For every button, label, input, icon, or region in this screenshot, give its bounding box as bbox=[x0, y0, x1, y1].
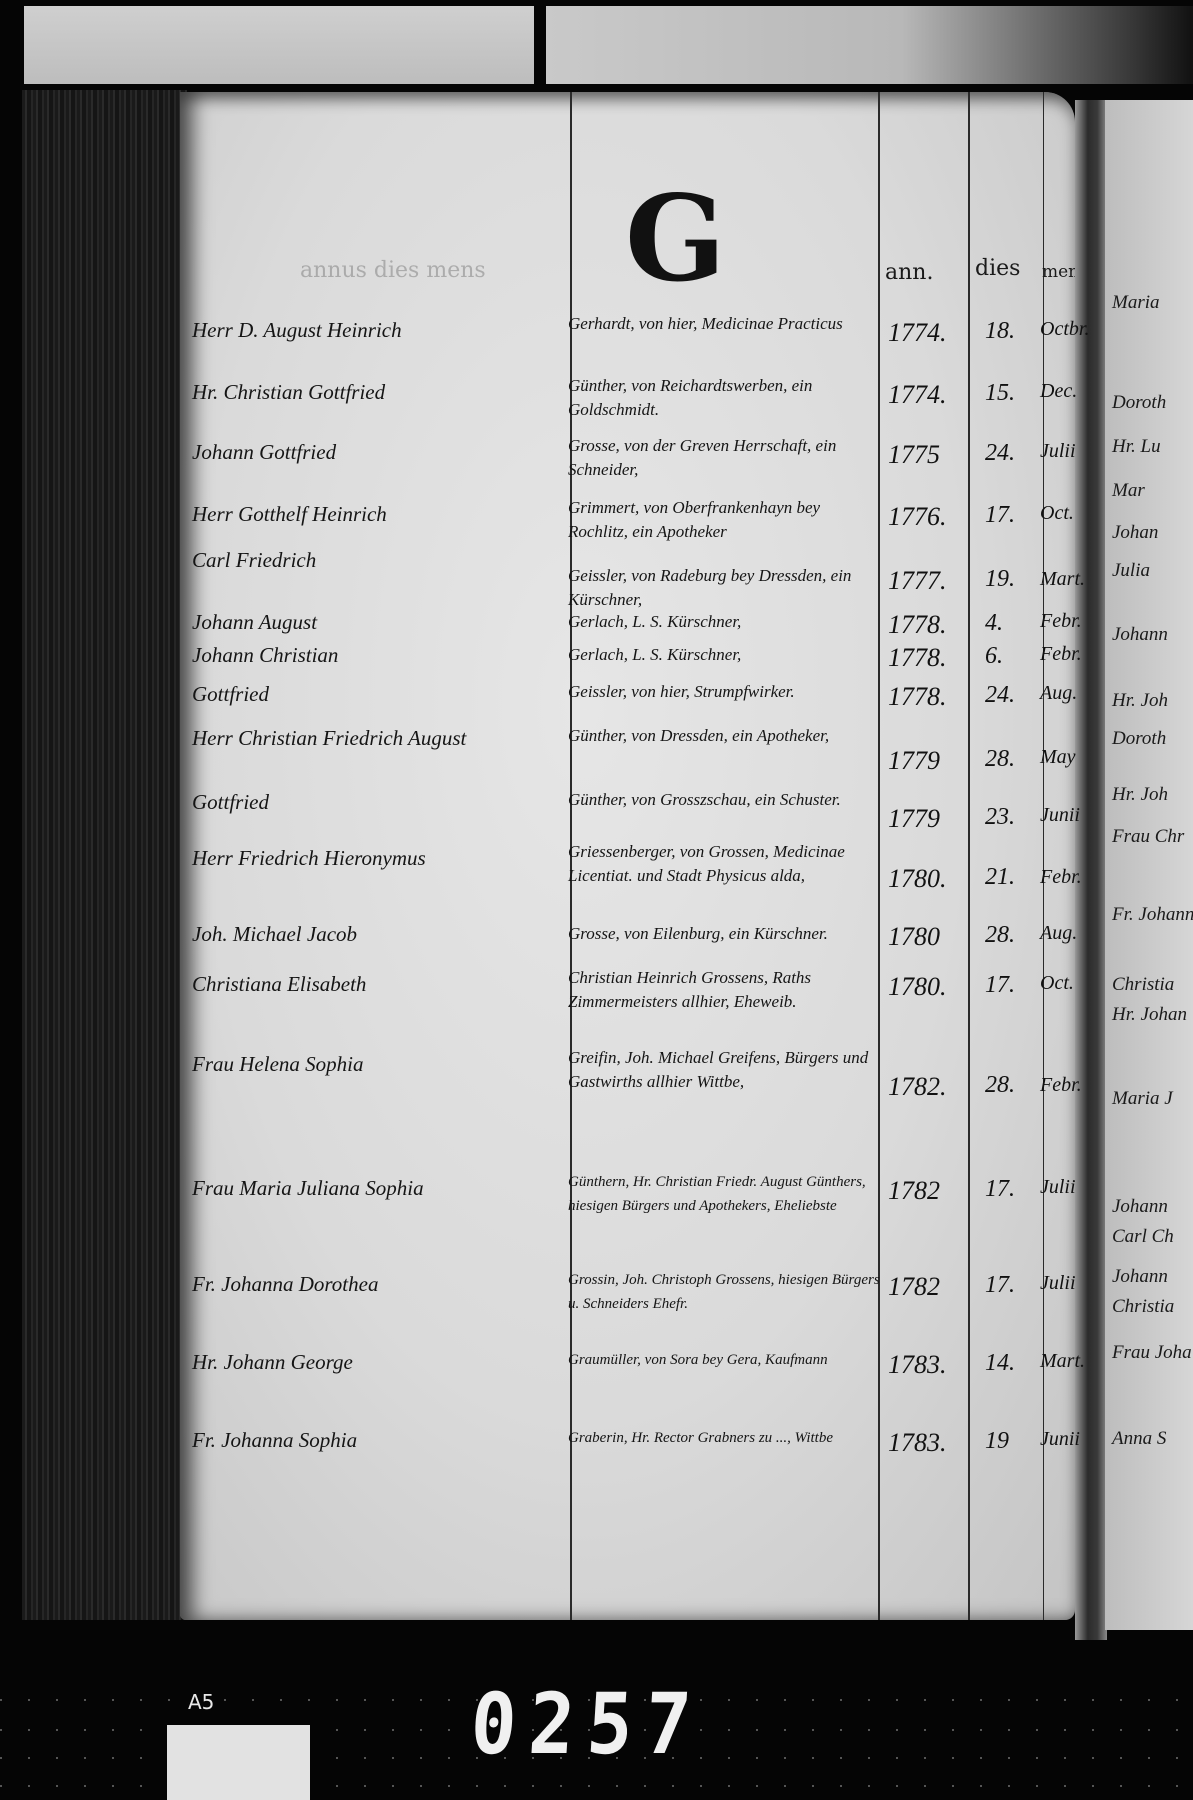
entry-given-name: Hr. Johann George bbox=[192, 1350, 353, 1375]
entry-day: 19. bbox=[985, 566, 1015, 593]
entry-month: Junii bbox=[1040, 804, 1080, 827]
entry-day: 28. bbox=[985, 922, 1015, 949]
entry-month: Julii bbox=[1040, 440, 1076, 463]
facing-page-fragment: Fr. Johann bbox=[1112, 904, 1193, 926]
entry-day: 21. bbox=[985, 864, 1015, 891]
facing-page-fragment: Anna S bbox=[1112, 1428, 1166, 1450]
entry-given-name: Herr Christian Friedrich August bbox=[192, 726, 466, 751]
entry-surname-description: Günther, von Dressden, ein Apotheker, bbox=[568, 724, 880, 748]
entry-given-name: Carl Friedrich bbox=[192, 548, 316, 573]
entry-year: 1778. bbox=[888, 610, 947, 640]
entry-surname-description: Gerlach, L. S. Kürschner, bbox=[568, 610, 880, 634]
entry-day: 17. bbox=[985, 502, 1015, 529]
entry-surname-description: Gerhardt, von hier, Medicinae Practicus bbox=[568, 312, 880, 336]
facing-page-fragment: Maria J bbox=[1112, 1088, 1173, 1110]
entry-month: Mart. bbox=[1040, 568, 1085, 591]
entry-day: 15. bbox=[985, 380, 1015, 407]
entry-month: Junii bbox=[1040, 1428, 1080, 1451]
entry-month: Aug. bbox=[1040, 682, 1077, 705]
facing-page-fragment: Johan bbox=[1112, 522, 1158, 544]
entry-year: 1780. bbox=[888, 972, 947, 1002]
entry-given-name: Fr. Johanna Dorothea bbox=[192, 1272, 378, 1297]
entry-given-name: Herr D. August Heinrich bbox=[192, 318, 402, 343]
entry-month: Julii bbox=[1040, 1176, 1076, 1199]
top-card-right bbox=[546, 6, 1193, 84]
entry-year: 1776. bbox=[888, 502, 947, 532]
facing-page-fragment: Christia bbox=[1112, 974, 1174, 996]
facing-page-fragment: Carl Ch bbox=[1112, 1226, 1174, 1248]
entry-surname-description: Günther, von Grosszschau, ein Schuster. bbox=[568, 788, 880, 812]
entry-given-name: Johann Christian bbox=[192, 643, 338, 668]
entry-day: 6. bbox=[985, 643, 1003, 670]
entry-day: 17. bbox=[985, 972, 1015, 999]
entry-month: Febr. bbox=[1040, 610, 1082, 633]
entry-surname-description: Grosse, von Eilenburg, ein Kürschner. bbox=[568, 922, 880, 946]
entry-surname-description: Geissler, von hier, Strumpfwirker. bbox=[568, 680, 880, 704]
entry-surname-description: Geissler, von Radeburg bey Dressden, ein… bbox=[568, 564, 880, 612]
entry-day: 24. bbox=[985, 682, 1015, 709]
entry-surname-description: Griessenberger, von Grossen, Medicinae L… bbox=[568, 840, 880, 888]
facing-page-fragment: Hr. Joh bbox=[1112, 690, 1168, 712]
section-letter: G bbox=[625, 180, 726, 298]
entry-year: 1774. bbox=[888, 318, 947, 348]
film-calibration-box bbox=[167, 1725, 310, 1800]
entry-surname-description: Gerlach, L. S. Kürschner, bbox=[568, 643, 880, 667]
entry-given-name: Gottfried bbox=[192, 790, 269, 815]
entry-surname-description: Grossin, Joh. Christoph Grossens, hiesig… bbox=[568, 1268, 880, 1316]
entry-month: Oct. bbox=[1040, 972, 1074, 995]
facing-page-fragment: Frau Joha bbox=[1112, 1342, 1192, 1364]
entry-month: Mart. bbox=[1040, 1350, 1085, 1373]
entry-given-name: Frau Helena Sophia bbox=[192, 1052, 363, 1077]
entry-surname-description: Günthern, Hr. Christian Friedr. August G… bbox=[568, 1170, 880, 1218]
book-edge bbox=[22, 90, 187, 1620]
facing-page-fragment: Johann bbox=[1112, 1196, 1168, 1218]
entry-surname-description: Christian Heinrich Grossens, Raths Zimme… bbox=[568, 966, 880, 1014]
entry-surname-description: Grosse, von der Greven Herrschaft, ein S… bbox=[568, 434, 880, 482]
facing-page-fragment: Julia bbox=[1112, 560, 1150, 582]
entry-month: Febr. bbox=[1040, 866, 1082, 889]
column-header-year: ann. bbox=[885, 260, 933, 285]
ghost-header-bleedthrough: annus dies mens bbox=[300, 258, 486, 283]
entry-given-name: Frau Maria Juliana Sophia bbox=[192, 1176, 424, 1201]
facing-page-fragment: Hr. Johan bbox=[1112, 1004, 1187, 1026]
entry-surname-description: Günther, von Reichardtswerben, ein Golds… bbox=[568, 374, 880, 422]
facing-page-fragment: Hr. Joh bbox=[1112, 784, 1168, 806]
entry-year: 1779 bbox=[888, 804, 940, 834]
entry-month: Aug. bbox=[1040, 922, 1077, 945]
entry-given-name: Joh. Michael Jacob bbox=[192, 922, 357, 947]
facing-page bbox=[1105, 100, 1193, 1630]
entry-given-name: Herr Friedrich Hieronymus bbox=[192, 846, 426, 871]
entry-year: 1783. bbox=[888, 1428, 947, 1458]
entry-month: Febr. bbox=[1040, 1074, 1082, 1097]
entry-surname-description: Graumüller, von Sora bey Gera, Kaufmann bbox=[568, 1348, 880, 1372]
entry-year: 1782. bbox=[888, 1072, 947, 1102]
entry-day: 28. bbox=[985, 1072, 1015, 1099]
entry-year: 1779 bbox=[888, 746, 940, 776]
facing-page-fragment: Mar bbox=[1112, 480, 1145, 502]
entry-given-name: Johann August bbox=[192, 610, 317, 635]
entry-day: 23. bbox=[985, 804, 1015, 831]
entry-year: 1783. bbox=[888, 1350, 947, 1380]
facing-page-fragment: Johann bbox=[1112, 624, 1168, 646]
facing-page-fragment: Maria bbox=[1112, 292, 1160, 314]
facing-page-fragment: Christia bbox=[1112, 1296, 1174, 1318]
entry-given-name: Gottfried bbox=[192, 682, 269, 707]
entry-day: 18. bbox=[985, 318, 1015, 345]
entry-day: 17. bbox=[985, 1176, 1015, 1203]
entry-given-name: Hr. Christian Gottfried bbox=[192, 380, 385, 405]
column-header-day: dies bbox=[975, 256, 1020, 281]
entry-year: 1778. bbox=[888, 682, 947, 712]
entry-day: 4. bbox=[985, 610, 1003, 637]
microfilm-frame: annus dies mens G ann. dies mens Herr D.… bbox=[0, 0, 1193, 1800]
entry-month: Dec. bbox=[1040, 380, 1077, 403]
entry-year: 1774. bbox=[888, 380, 947, 410]
facing-page-fragment: Johann bbox=[1112, 1266, 1168, 1288]
entry-month: Julii bbox=[1040, 1272, 1076, 1295]
entry-day: 14. bbox=[985, 1350, 1015, 1377]
entry-given-name: Johann Gottfried bbox=[192, 440, 336, 465]
facing-page-fragment: Doroth bbox=[1112, 392, 1166, 414]
entry-year: 1777. bbox=[888, 566, 947, 596]
top-card-left bbox=[24, 6, 534, 84]
entry-day: 28. bbox=[985, 746, 1015, 773]
entry-month: Febr. bbox=[1040, 643, 1082, 666]
facing-page-fragment: Frau Chr bbox=[1112, 826, 1184, 848]
entry-month: Oct. bbox=[1040, 502, 1074, 525]
entry-surname-description: Grimmert, von Oberfrankenhayn bey Rochli… bbox=[568, 496, 880, 544]
facing-page-fragment: Doroth bbox=[1112, 728, 1166, 750]
entry-year: 1775 bbox=[888, 440, 940, 470]
entry-day: 19 bbox=[985, 1428, 1009, 1455]
entry-surname-description: Greifin, Joh. Michael Greifens, Bürgers … bbox=[568, 1046, 880, 1094]
entry-day: 17. bbox=[985, 1272, 1015, 1299]
entry-month: May bbox=[1040, 746, 1076, 769]
facing-page-fragment: Hr. Lu bbox=[1112, 436, 1161, 458]
entry-year: 1778. bbox=[888, 643, 947, 673]
entry-year: 1780. bbox=[888, 864, 947, 894]
column-divider-day bbox=[968, 92, 970, 1620]
entry-surname-description: Graberin, Hr. Rector Grabners zu ..., Wi… bbox=[568, 1426, 880, 1450]
film-frame-number: 0257 bbox=[468, 1682, 706, 1766]
entry-month: Octbr. bbox=[1040, 318, 1089, 341]
entry-given-name: Herr Gotthelf Heinrich bbox=[192, 502, 387, 527]
film-reel-label: A5 bbox=[188, 1690, 214, 1714]
entry-year: 1782 bbox=[888, 1272, 940, 1302]
entry-year: 1782 bbox=[888, 1176, 940, 1206]
entry-given-name: Fr. Johanna Sophia bbox=[192, 1428, 357, 1453]
entry-given-name: Christiana Elisabeth bbox=[192, 972, 366, 997]
entry-year: 1780 bbox=[888, 922, 940, 952]
entry-day: 24. bbox=[985, 440, 1015, 467]
